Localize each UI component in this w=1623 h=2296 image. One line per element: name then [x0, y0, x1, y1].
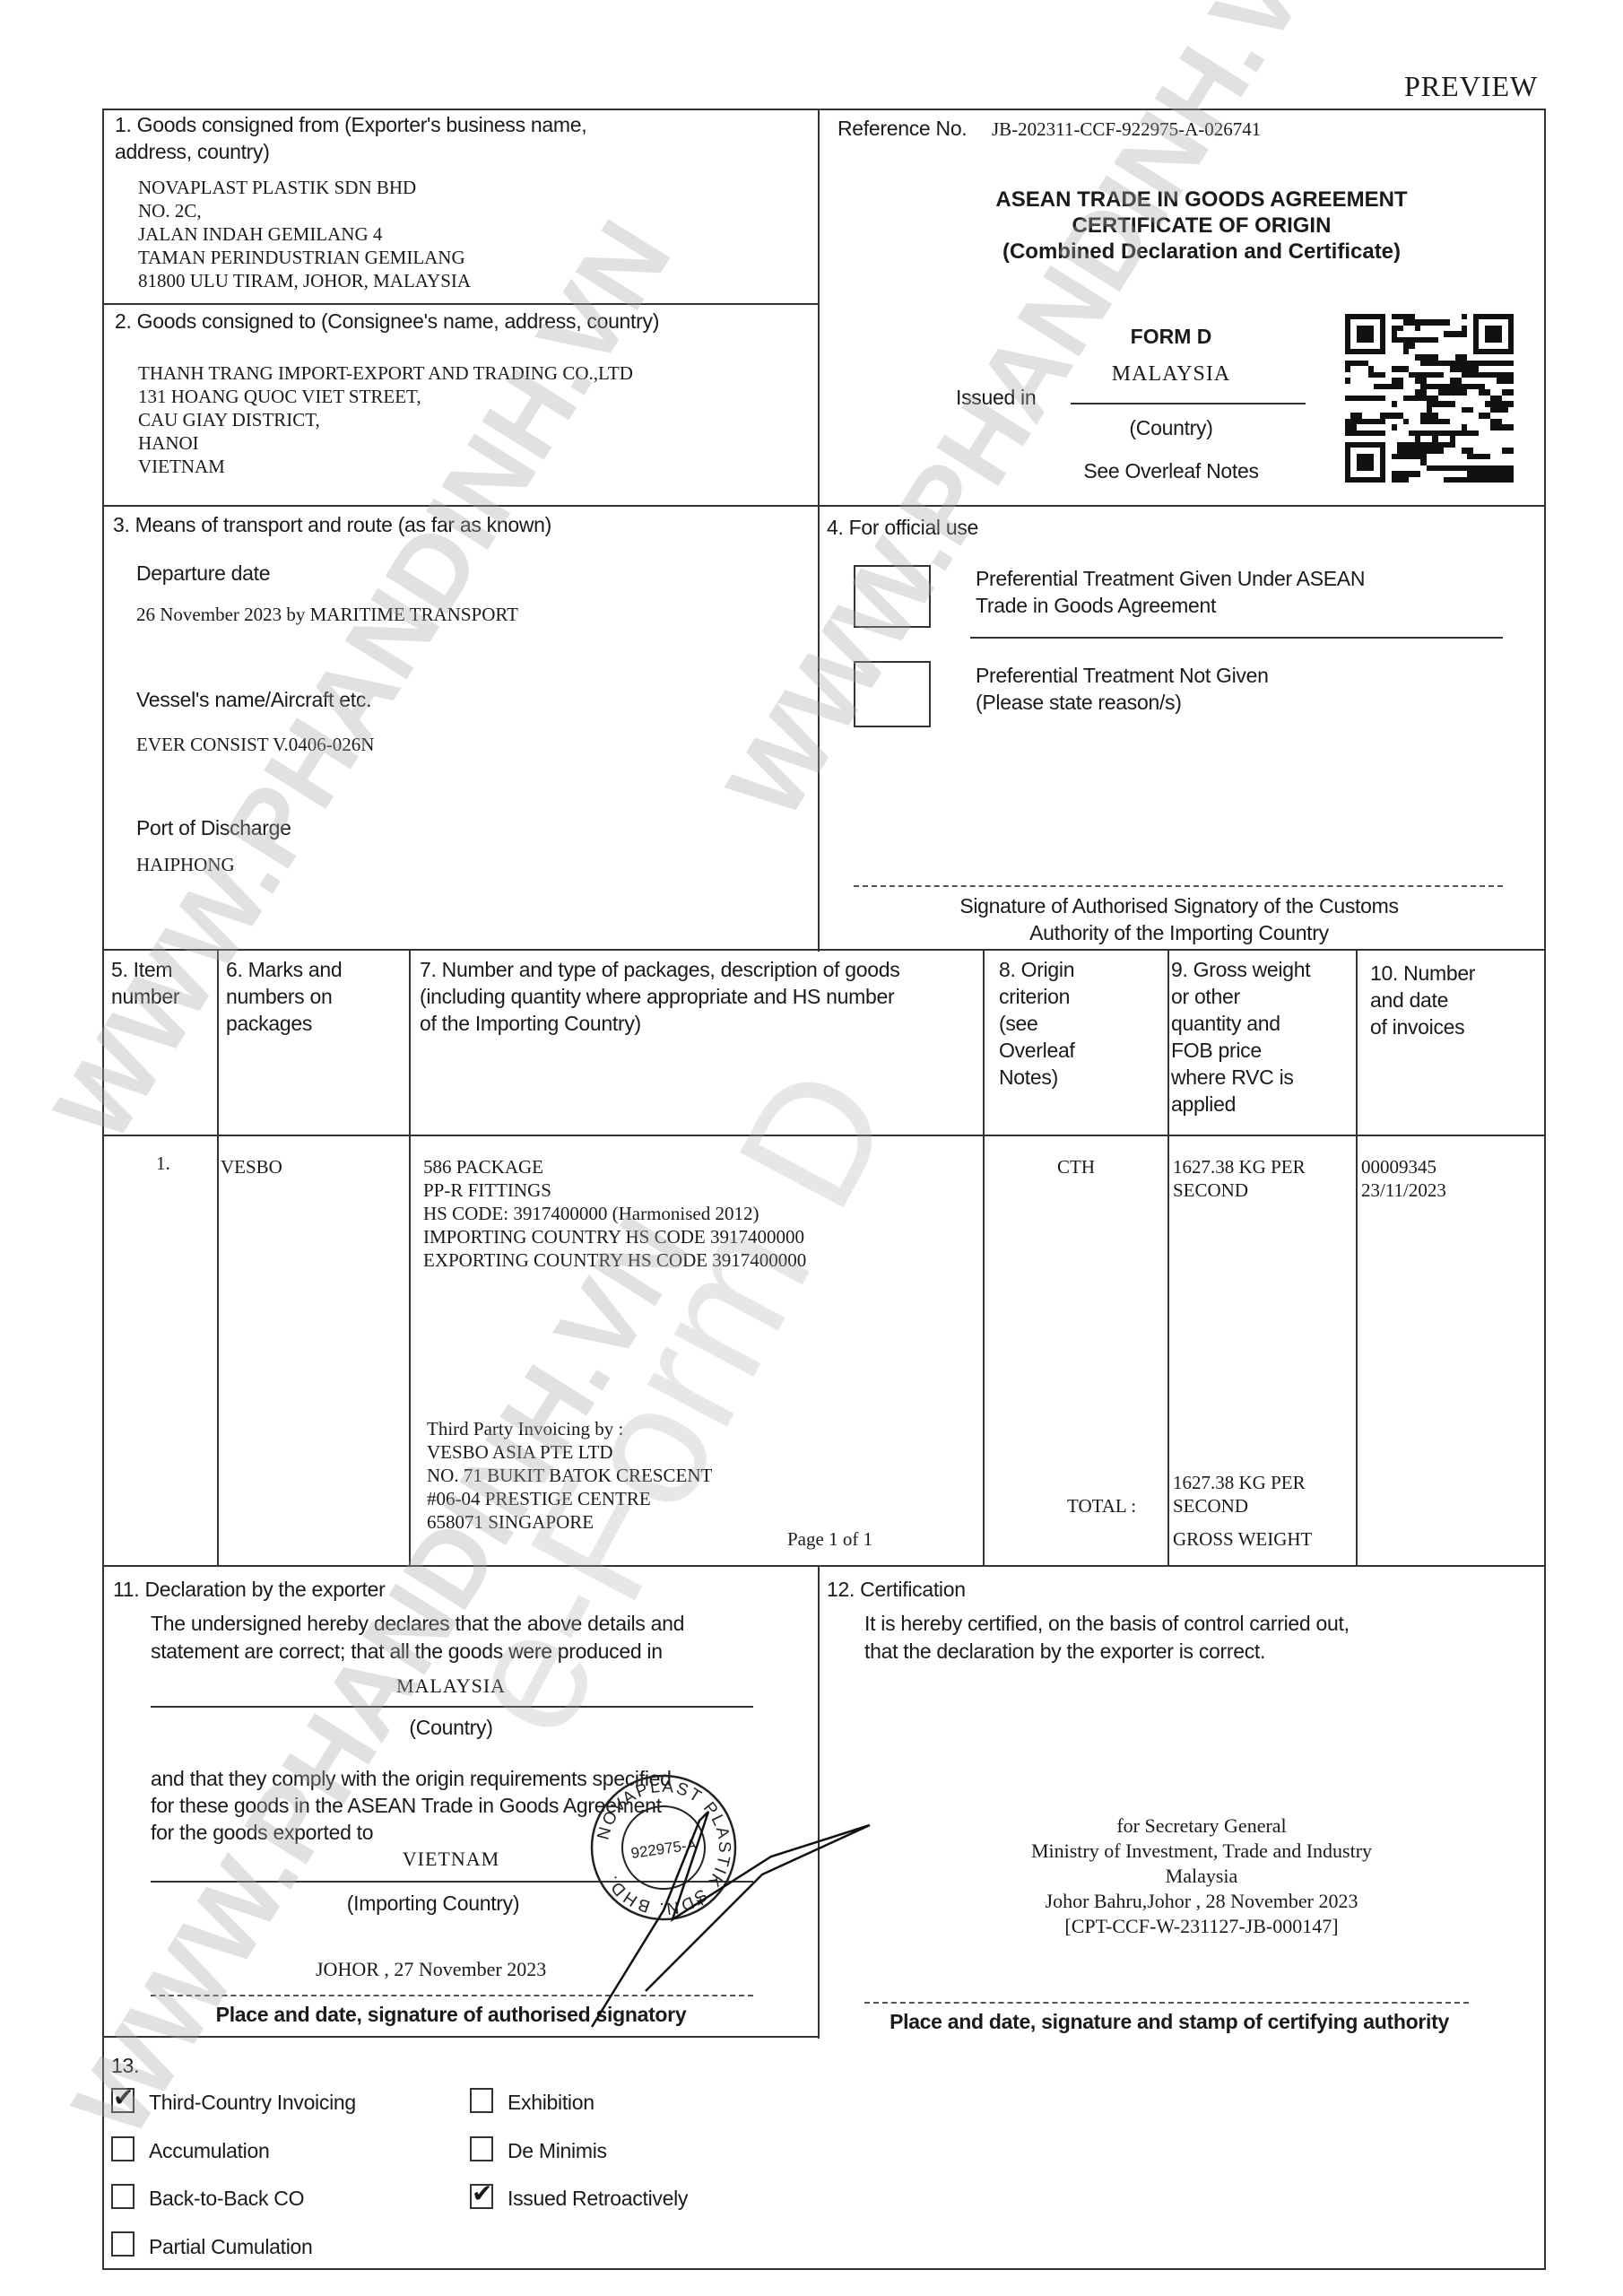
- divider-table-header: [102, 1135, 1544, 1136]
- title-line: (Combined Declaration and Certificate): [906, 239, 1497, 265]
- box11-label: 11. Declaration by the exporter: [113, 1576, 386, 1603]
- item-origin-criterion: CTH: [986, 1155, 1166, 1178]
- option-partial-cumulation: Partial Cumulation: [149, 2233, 313, 2260]
- checkbox-exhibition[interactable]: [470, 2088, 493, 2113]
- option-issued-retroactively: Issued Retroactively: [508, 2185, 688, 2212]
- exporter-address: NOVAPLAST PLASTIK SDN BHD NO. 2C, JALAN …: [138, 176, 471, 292]
- page-number: Page 1 of 1: [787, 1527, 872, 1551]
- declaration-text-1: The undersigned hereby declares that the…: [151, 1610, 805, 1665]
- box2-label: 2. Goods consigned to (Consignee's name,…: [115, 308, 659, 335]
- consignee-line: HANOI: [138, 431, 633, 455]
- box3-label: 3. Means of transport and route (as far …: [113, 511, 551, 538]
- divider-box1-box2: [102, 303, 820, 305]
- checkbox-third-country-invoicing[interactable]: ✔: [111, 2088, 135, 2113]
- reference-label: Reference No.: [838, 115, 967, 142]
- check-mark-icon: ✔: [113, 2084, 134, 2111]
- item-description: 586 PACKAGE PP-R FITTINGS HS CODE: 39174…: [423, 1155, 806, 1272]
- issued-in-label: Issued in: [956, 384, 1036, 411]
- authority-line: for Secretary General: [897, 1813, 1506, 1839]
- col-divider-4: [1167, 949, 1169, 1565]
- authority-line: Johor Bahru,Johor , 28 November 2023: [897, 1889, 1506, 1914]
- invoice-date: 23/11/2023: [1361, 1178, 1446, 1202]
- description-line: PP-R FITTINGS: [423, 1178, 806, 1202]
- description-line: HS CODE: 3917400000 (Harmonised 2012): [423, 1202, 806, 1225]
- header-gross-weight: 9. Gross weight or other quantity and FO…: [1171, 956, 1356, 1118]
- consignee-line: CAU GIAY DISTRICT,: [138, 408, 633, 431]
- total-label: TOTAL :: [1067, 1494, 1136, 1518]
- port-value: HAIPHONG: [136, 853, 235, 876]
- preferential-given-label: Preferential Treatment Given Under ASEAN…: [976, 565, 1365, 619]
- divider-top-center: [818, 109, 820, 952]
- authority-line: [CPT-CCF-W-231127-JB-000147]: [897, 1914, 1506, 1939]
- departure-value: 26 November 2023 by MARITIME TRANSPORT: [136, 603, 518, 626]
- consignee-address: THANH TRANG IMPORT-EXPORT AND TRADING CO…: [138, 361, 633, 478]
- authority-line: Malaysia: [897, 1864, 1506, 1889]
- customs-signature-caption: Signature of Authorised Signatory of the…: [861, 892, 1497, 946]
- third-party-line: 658071 SINGAPORE: [427, 1510, 712, 1534]
- third-party-line: VESBO ASIA PTE LTD: [427, 1440, 712, 1464]
- declaration-place-date: JOHOR , 27 November 2023: [316, 1958, 546, 1981]
- third-party-line: #06-04 PRESTIGE CENTRE: [427, 1487, 712, 1510]
- certificate-title: ASEAN TRADE IN GOODS AGREEMENT CERTIFICA…: [906, 187, 1497, 265]
- header-marks: 6. Marks and numbers on packages: [226, 956, 405, 1037]
- title-line: CERTIFICATE OF ORIGIN: [906, 213, 1497, 239]
- checkbox-de-minimis[interactable]: [470, 2136, 493, 2161]
- description-line: IMPORTING COUNTRY HS CODE 3917400000: [423, 1225, 806, 1248]
- col-divider-5: [1356, 949, 1358, 1565]
- header-description: 7. Number and type of packages, descript…: [420, 956, 985, 1037]
- checkbox-back-to-back-co[interactable]: [111, 2184, 135, 2209]
- option-third-country-invoicing: Third-Country Invoicing: [149, 2089, 356, 2116]
- vessel-label: Vessel's name/Aircraft etc.: [136, 686, 371, 713]
- preferential-given-checkbox[interactable]: [854, 565, 931, 628]
- box1-label: 1. Goods consigned from (Exporter's busi…: [115, 111, 778, 165]
- checkbox-issued-retroactively[interactable]: ✔: [470, 2184, 493, 2209]
- exporter-signature-icon: [538, 1785, 879, 2036]
- authority-signature-caption: Place and date, signature and stamp of c…: [864, 2008, 1474, 2035]
- overleaf-notes: See Overleaf Notes: [1055, 457, 1288, 484]
- description-line: EXPORTING COUNTRY HS CODE 3917400000: [423, 1248, 806, 1272]
- issued-in-underline: [1071, 403, 1306, 404]
- preferential-not-given-label: Preferential Treatment Not Given (Please…: [976, 662, 1269, 716]
- authority-signature-line: [864, 2002, 1469, 2004]
- country-caption: (Country): [1072, 414, 1270, 441]
- box13-label: 13.: [111, 2052, 139, 2079]
- check-mark-icon: ✔: [472, 2180, 492, 2207]
- description-line: 586 PACKAGE: [423, 1155, 806, 1178]
- declaration-country-caption: (Country): [151, 1714, 751, 1741]
- title-line: ASEAN TRADE IN GOODS AGREEMENT: [906, 187, 1497, 213]
- option-exhibition: Exhibition: [508, 2089, 595, 2116]
- option-accumulation: Accumulation: [149, 2137, 269, 2164]
- third-party-invoicing: Third Party Invoicing by : VESBO ASIA PT…: [427, 1417, 712, 1534]
- col-divider-3: [983, 949, 985, 1565]
- preferential-not-given-checkbox[interactable]: [854, 661, 931, 727]
- consignee-line: VIETNAM: [138, 455, 633, 478]
- consignee-line: THANH TRANG IMPORT-EXPORT AND TRADING CO…: [138, 361, 633, 385]
- item-number: 1.: [156, 1152, 170, 1175]
- col-divider-1: [217, 949, 219, 1565]
- country-underline: [151, 1706, 753, 1708]
- exporter-line: NOVAPLAST PLASTIK SDN BHD: [138, 176, 471, 199]
- port-label: Port of Discharge: [136, 814, 291, 841]
- preview-label: PREVIEW: [1404, 70, 1538, 103]
- header-origin-criterion: 8. Origin criterion (see Overleaf Notes): [999, 956, 1166, 1091]
- box12-label: 12. Certification: [827, 1576, 966, 1603]
- declaration-country: MALAYSIA: [151, 1674, 751, 1698]
- total-weight-caption: GROSS WEIGHT: [1173, 1527, 1312, 1551]
- certification-text: It is hereby certified, on the basis of …: [864, 1610, 1528, 1665]
- form-d-label: FORM D: [1072, 325, 1270, 349]
- option-back-to-back-co: Back-to-Back CO: [149, 2185, 304, 2212]
- reference-number: JB-202311-CCF-922975-A-026741: [992, 117, 1261, 141]
- exporter-line: NO. 2C,: [138, 199, 471, 222]
- col-divider-2: [409, 949, 411, 1565]
- box4-label: 4. For official use: [827, 514, 978, 541]
- total-weight: 1627.38 KG PER SECOND: [1173, 1471, 1306, 1518]
- vessel-value: EVER CONSIST V.0406-026N: [136, 733, 374, 756]
- divider-table-bottom: [102, 1565, 1544, 1567]
- third-party-line: Third Party Invoicing by :: [427, 1417, 712, 1440]
- divider-row2-table: [102, 949, 1544, 951]
- certifying-authority: for Secretary General Ministry of Invest…: [897, 1813, 1506, 1939]
- exporter-line: 81800 ULU TIRAM, JOHOR, MALAYSIA: [138, 269, 471, 292]
- divider-row1-row2: [102, 505, 1544, 507]
- header-invoices: 10. Number and date of invoices: [1370, 960, 1541, 1040]
- consignee-line: 131 HOANG QUOC VIET STREET,: [138, 385, 633, 408]
- box4-separator: [970, 637, 1503, 639]
- authority-line: Ministry of Investment, Trade and Indust…: [897, 1839, 1506, 1864]
- issued-in-country: MALAYSIA: [1072, 362, 1270, 387]
- invoice-number: 00009345: [1361, 1155, 1436, 1178]
- departure-label: Departure date: [136, 560, 270, 587]
- checkbox-accumulation[interactable]: [111, 2136, 135, 2161]
- exporter-line: JALAN INDAH GEMILANG 4: [138, 222, 471, 246]
- third-party-line: NO. 71 BUKIT BATOK CRESCENT: [427, 1464, 712, 1487]
- exporter-line: TAMAN PERINDUSTRIAN GEMILANG: [138, 246, 471, 269]
- checkbox-partial-cumulation[interactable]: [111, 2231, 135, 2257]
- qr-code-icon: [1345, 314, 1514, 483]
- header-item-number: 5. Item number: [111, 956, 219, 1010]
- divider-box11-box13: [102, 2036, 820, 2038]
- option-de-minimis: De Minimis: [508, 2137, 607, 2164]
- customs-signature-line: [854, 885, 1503, 887]
- item-marks: VESBO: [221, 1155, 282, 1178]
- item-gross-weight: 1627.38 KG PER SECOND: [1173, 1155, 1306, 1202]
